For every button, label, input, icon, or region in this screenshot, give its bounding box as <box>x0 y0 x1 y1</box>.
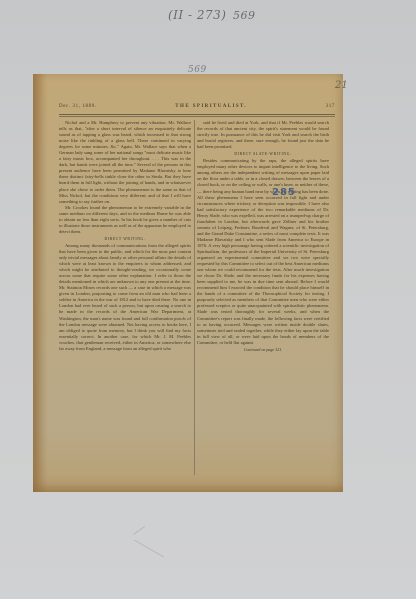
paragraph: Among many thousands of communications f… <box>59 243 191 352</box>
archive-page-number: 569 <box>233 9 256 22</box>
section-heading: DIRECT SLATE-WRITING. <box>197 151 329 157</box>
corner-page-note: 21 <box>335 80 348 91</box>
archive-reference-note: (II - 273) <box>168 8 226 22</box>
section-heading: DIRECT WRITING. <box>59 236 191 242</box>
article-columns: Nichol and a Mr. Humphrey to prevent any… <box>59 120 335 480</box>
column-rule <box>194 120 195 475</box>
running-head: Dec. 31, 1880. THE SPIRITUALIST. 317 <box>59 104 335 112</box>
header-rule-thin <box>59 116 335 117</box>
issue-date: Dec. 31, 1880. <box>59 104 97 109</box>
newspaper-page: Dec. 31, 1880. THE SPIRITUALIST. 317 Nic… <box>59 104 335 484</box>
right-column: said he lived and died at York, and that… <box>197 120 329 480</box>
paragraph: said he lived and died at York, and that… <box>197 120 329 150</box>
continued-note: Continued on page 321. <box>197 347 329 353</box>
paragraph: Besides communicating by the raps, the a… <box>197 158 329 345</box>
header-rule <box>59 114 335 115</box>
paragraph: Mr. Crookes found the phenomenon to be e… <box>59 205 191 235</box>
left-column: Nichol and a Mr. Humphrey to prevent any… <box>59 120 191 480</box>
paragraph: Nichol and a Mr. Humphrey to prevent any… <box>59 120 191 205</box>
blue-pencil-annotation: 285 <box>272 187 296 198</box>
publication-title: THE SPIRITUALIST. <box>175 104 247 109</box>
newspaper-clipping: 21 Dec. 31, 1880. THE SPIRITUALIST. 317 … <box>33 74 343 492</box>
page-number: 317 <box>326 104 335 109</box>
